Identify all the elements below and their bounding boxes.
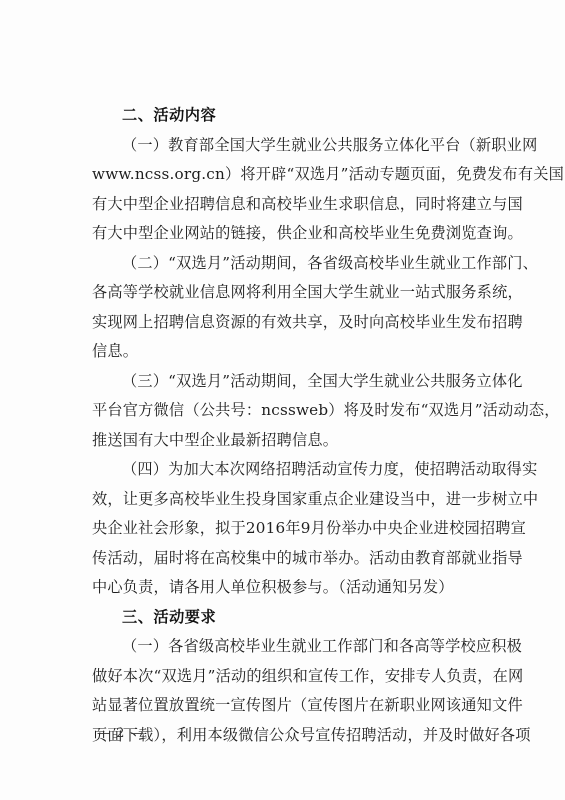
paragraph-line: 平台官方微信（公共号：ncssweb）将及时发布“双选月”活动动态， xyxy=(92,396,502,426)
paragraph-line: 效，让更多高校毕业生投身国家重点企业建设当中，进一步树立中 xyxy=(92,485,502,515)
paragraph-1: （一）教育部全国大学生就业公共服务立体化平台（新职业网 www.ncss.org… xyxy=(92,131,502,249)
document-page: 二、活动内容 （一）教育部全国大学生就业公共服务立体化平台（新职业网 www.n… xyxy=(0,0,565,800)
section-heading-activity-requirements: 三、活动要求 xyxy=(92,603,502,633)
document-body: 二、活动内容 （一）教育部全国大学生就业公共服务立体化平台（新职业网 www.n… xyxy=(92,101,502,750)
paragraph-line: 推送国有大中型企业最新招聘信息。 xyxy=(92,426,502,456)
paragraph-2: （二）“双选月”活动期间，各省级高校毕业生就业工作部门、 各高等学校就业信息网将… xyxy=(92,249,502,367)
paragraph-line: （二）“双选月”活动期间，各省级高校毕业生就业工作部门、 xyxy=(92,249,502,279)
paragraph-line: （一）各省级高校毕业生就业工作部门和各高等学校应积极 xyxy=(92,632,502,662)
paragraph-line: 中心负责，请各用人单位积极参与。（活动通知另发） xyxy=(92,573,502,603)
paragraph-line: 站显著位置放置统一宣传图片（宣传图片在新职业网该通知文件 xyxy=(92,691,502,721)
paragraph-line: 有大中型企业招聘信息和高校毕业生求职信息，同时将建立与国 xyxy=(92,190,502,220)
paragraph-line: 页面下载），利用本级微信公众号宣传招聘活动，并及时做好各项 xyxy=(92,721,502,751)
page-number: — 2 — xyxy=(97,726,145,741)
paragraph-5: （一）各省级高校毕业生就业工作部门和各高等学校应积极 做好本次“双选月”活动的组… xyxy=(92,632,502,750)
paragraph-line: 实现网上招聘信息资源的有效共享，及时向高校毕业生发布招聘 xyxy=(92,308,502,338)
paragraph-line: www.ncss.org.cn）将开辟“双选月”活动专题页面，免费发布有关国 xyxy=(92,160,502,190)
paragraph-line: 传活动，届时将在高校集中的城市举办。活动由教育部就业指导 xyxy=(92,544,502,574)
paragraph-4: （四）为加大本次网络招聘活动宣传力度，使招聘活动取得实 效，让更多高校毕业生投身… xyxy=(92,455,502,603)
paragraph-line: （四）为加大本次网络招聘活动宣传力度，使招聘活动取得实 xyxy=(92,455,502,485)
paragraph-line: （三）“双选月”活动期间，全国大学生就业公共服务立体化 xyxy=(92,367,502,397)
paragraph-line: 各高等学校就业信息网将利用全国大学生就业一站式服务系统， xyxy=(92,278,502,308)
paragraph-line: 做好本次“双选月”活动的组织和宣传工作，安排专人负责，在网 xyxy=(92,662,502,692)
paragraph-3: （三）“双选月”活动期间，全国大学生就业公共服务立体化 平台官方微信（公共号：n… xyxy=(92,367,502,456)
paragraph-line: （一）教育部全国大学生就业公共服务立体化平台（新职业网 xyxy=(92,131,502,161)
section-heading-activity-content: 二、活动内容 xyxy=(92,101,502,131)
paragraph-line: 央企业社会形象，拟于2016年9月份举办中央企业进校园招聘宣 xyxy=(92,514,502,544)
paragraph-line: 有大中型企业网站的链接，供企业和高校毕业生免费浏览查询。 xyxy=(92,219,502,249)
paragraph-line: 信息。 xyxy=(92,337,502,367)
